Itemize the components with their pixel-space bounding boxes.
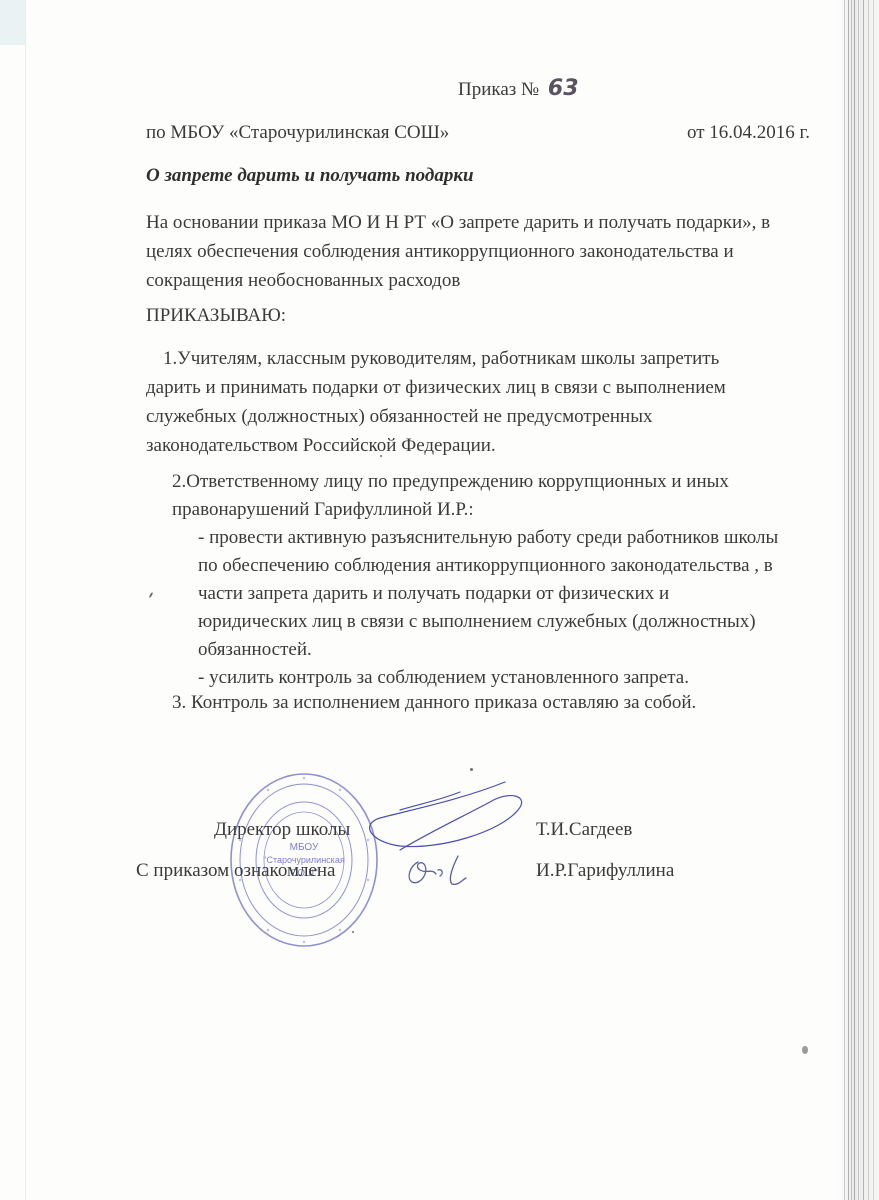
item-sub-line: - усилить контроль за соблюдением устано…: [172, 664, 778, 692]
item-sub-line: юридических лиц в связи с выполнением сл…: [172, 608, 778, 636]
item-line: 2.Ответственному лицу по предупреждению …: [172, 468, 778, 496]
item-line: дарить и принимать подарки от физических…: [146, 373, 726, 402]
order-keyword: ПРИКАЗЫВАЮ:: [146, 303, 286, 329]
order-date: от 16.04.2016 г.: [687, 120, 810, 146]
item-line: правонарушений Гарифуллиной И.Р.:: [172, 496, 778, 524]
order-subject: О запрете дарить и получать подарки: [146, 163, 474, 189]
item-line: 1.Учителям, классным руководителям, рабо…: [146, 344, 726, 373]
scan-speck: [802, 1046, 808, 1054]
scanned-document-page: Приказ № 63 по МБОУ «Старочурилинская СО…: [0, 0, 879, 1200]
stacked-paper-edges: [838, 0, 879, 1200]
acknowledged-person-name: И.Р.Гарифуллина: [536, 858, 674, 884]
order-title-prefix: Приказ №: [458, 79, 539, 100]
order-item-3: 3. Контроль за исполнением данного прика…: [172, 690, 696, 716]
scan-speck: [470, 768, 473, 771]
item-line: служебных (должностных) обязанностей не …: [146, 402, 726, 431]
item-sub-line: части запрета дарить и получать подарки …: [172, 580, 778, 608]
scan-margin-strip: [0, 0, 26, 45]
organization-line: по МБОУ «Старочурилинская СОШ»: [146, 120, 449, 146]
item-sub-line: - провести активную разъяснительную рабо…: [172, 524, 778, 552]
director-name: Т.И.Сагдеев: [536, 817, 632, 843]
order-item-1: 1.Учителям, классным руководителям, рабо…: [146, 344, 726, 460]
order-title: Приказ № 63: [458, 76, 579, 103]
basis-paragraph: На основании приказа МО И Н РТ «О запрет…: [146, 208, 826, 295]
basis-line: сокращения необоснованных расходов: [146, 266, 826, 295]
item-line: законодательством Российской Федерации.: [146, 431, 726, 460]
scan-speck: [149, 592, 154, 598]
handwritten-signatures: [340, 770, 540, 900]
basis-line: На основании приказа МО И Н РТ «О запрет…: [146, 208, 826, 237]
svg-text:МБОУ: МБОУ: [290, 842, 319, 853]
order-number-handwritten: 63: [548, 76, 579, 101]
basis-line: целях обеспечения соблюдения антикоррупц…: [146, 237, 826, 266]
item-sub-line: обязанностей.: [172, 636, 778, 664]
order-item-2: 2.Ответственному лицу по предупреждению …: [172, 468, 778, 692]
page-left-edge: [25, 0, 26, 1200]
scan-speck: [380, 455, 382, 457]
item-sub-line: по обеспечению соблюдения антикоррупцион…: [172, 552, 778, 580]
scan-speck: [352, 931, 354, 933]
acknowledgement-label: С приказом ознакомлена: [136, 858, 336, 884]
signature-role: Директор школы: [214, 817, 350, 843]
